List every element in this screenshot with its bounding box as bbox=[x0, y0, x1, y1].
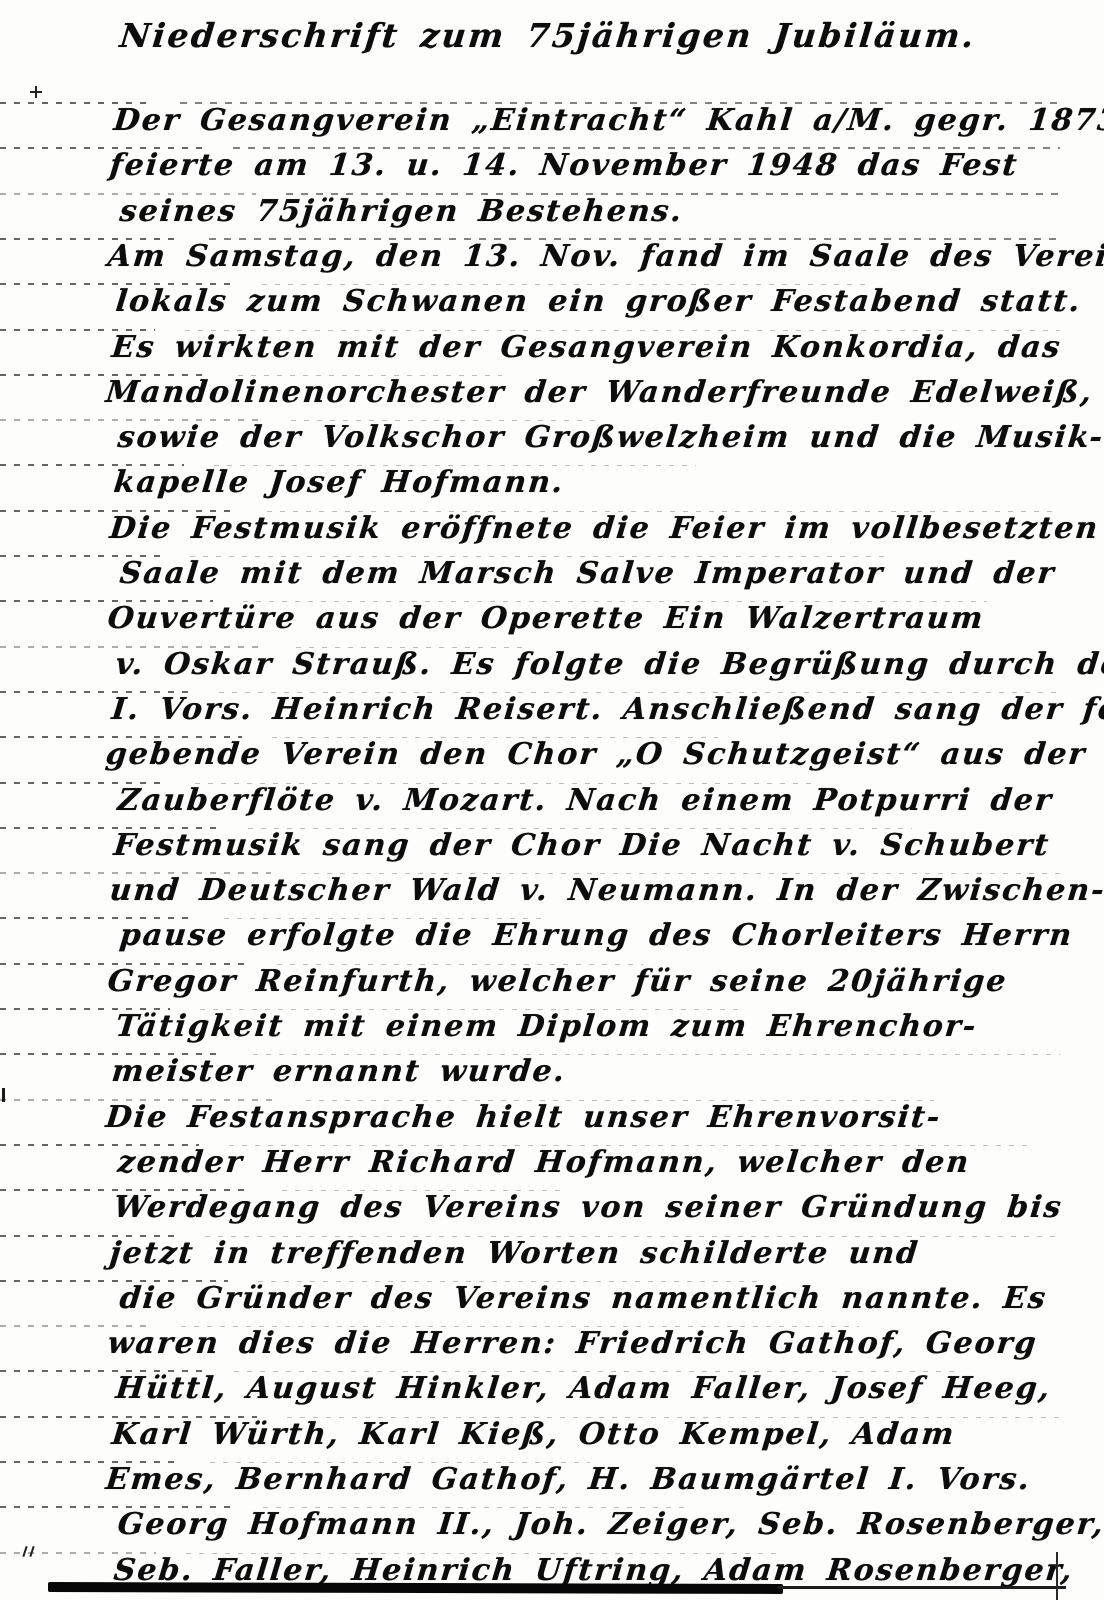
handwritten-line: zender Herr Richard Hofmann, welcher den bbox=[116, 1145, 972, 1180]
handwritten-line: feierte am 13. u. 14. November 1948 das … bbox=[108, 148, 1020, 183]
handwritten-line: gebende Verein den Chor „O Schutzgeist“ … bbox=[104, 737, 1088, 772]
handwritten-line: Georg Hofmann II., Joh. Zeiger, Seb. Ros… bbox=[116, 1507, 1104, 1542]
margin-cross-mark bbox=[30, 86, 42, 98]
handwritten-line: v. Oskar Strauß. Es folgte die Begrüßung… bbox=[114, 647, 1104, 682]
handwritten-line: waren dies die Herren: Friedrich Gathof,… bbox=[106, 1326, 1039, 1361]
margin-tick-mark bbox=[2, 1088, 5, 1102]
handwritten-line: meister ernannt wurde. bbox=[110, 1054, 568, 1089]
handwritten-line: Die Festmusik eröffnete die Feier im vol… bbox=[108, 511, 1101, 546]
handwritten-line: pause erfolgte die Ehrung des Chorleiter… bbox=[118, 918, 1075, 953]
handwritten-line: Ouvertüre aus der Operette Ein Walzertra… bbox=[106, 601, 986, 636]
handwritten-line: jetzt in treffenden Worten schilderte un… bbox=[108, 1236, 921, 1271]
handwritten-line: Am Samstag, den 13. Nov. fand im Saale d… bbox=[106, 239, 1104, 274]
handwritten-line: Hüttl, August Hinkler, Adam Faller, Jose… bbox=[114, 1371, 1053, 1406]
scanned-handwritten-page: Niederschrift zum 75jährigen Jubiläum. D… bbox=[0, 0, 1104, 1600]
handwritten-line: Gregor Reinfurth, welcher für seine 20jä… bbox=[106, 964, 1009, 999]
scan-edge-bar-right bbox=[778, 1586, 1066, 1589]
handwritten-line: Es wirkten mit der Gesangverein Konkordi… bbox=[110, 330, 1063, 365]
handwritten-line: seines 75jährigen Bestehens. bbox=[118, 194, 685, 229]
handwritten-line: die Gründer des Vereins namentlich nannt… bbox=[118, 1281, 1049, 1316]
handwritten-line: lokals zum Schwanen ein großer Festabend… bbox=[114, 284, 1083, 319]
handwritten-line: I. Vors. Heinrich Reisert. Anschließend … bbox=[110, 692, 1104, 727]
scan-edge-line-right bbox=[1056, 1552, 1058, 1600]
handwritten-line: Karl Würth, Karl Kieß, Otto Kempel, Adam bbox=[110, 1417, 957, 1452]
stray-ink-mark bbox=[24, 1546, 38, 1558]
handwritten-line: Tätigkeit mit einem Diplom zum Ehrenchor… bbox=[114, 1009, 979, 1044]
handwritten-line: Mandolinenorchester der Wanderfreunde Ed… bbox=[104, 375, 1095, 410]
page-title: Niederschrift zum 75jährigen Jubiläum. bbox=[118, 16, 978, 55]
handwritten-line: Festmusik sang der Chor Die Nacht v. Sch… bbox=[112, 828, 1052, 863]
handwritten-line: kapelle Josef Hofmann. bbox=[112, 465, 566, 500]
handwritten-line: sowie der Volkschor Großwelzheim und die… bbox=[116, 420, 1104, 455]
handwritten-line: Die Festansprache hielt unser Ehrenvorsi… bbox=[104, 1100, 943, 1135]
handwritten-line: und Deutscher Wald v. Neumann. In der Zw… bbox=[108, 873, 1104, 908]
handwritten-line: Der Gesangverein „Eintracht“ Kahl a/M. g… bbox=[112, 103, 1104, 138]
handwritten-line: Werdegang des Vereins von seiner Gründun… bbox=[112, 1190, 1065, 1225]
handwritten-line: Zauberflöte v. Mozart. Nach einem Potpur… bbox=[116, 783, 1055, 818]
handwritten-line: Emes, Bernhard Gathof, H. Baumgärtel I. … bbox=[104, 1462, 1033, 1497]
handwritten-line: Saale mit dem Marsch Salve Imperator und… bbox=[118, 556, 1057, 591]
scan-edge-bar-left bbox=[48, 1582, 783, 1594]
